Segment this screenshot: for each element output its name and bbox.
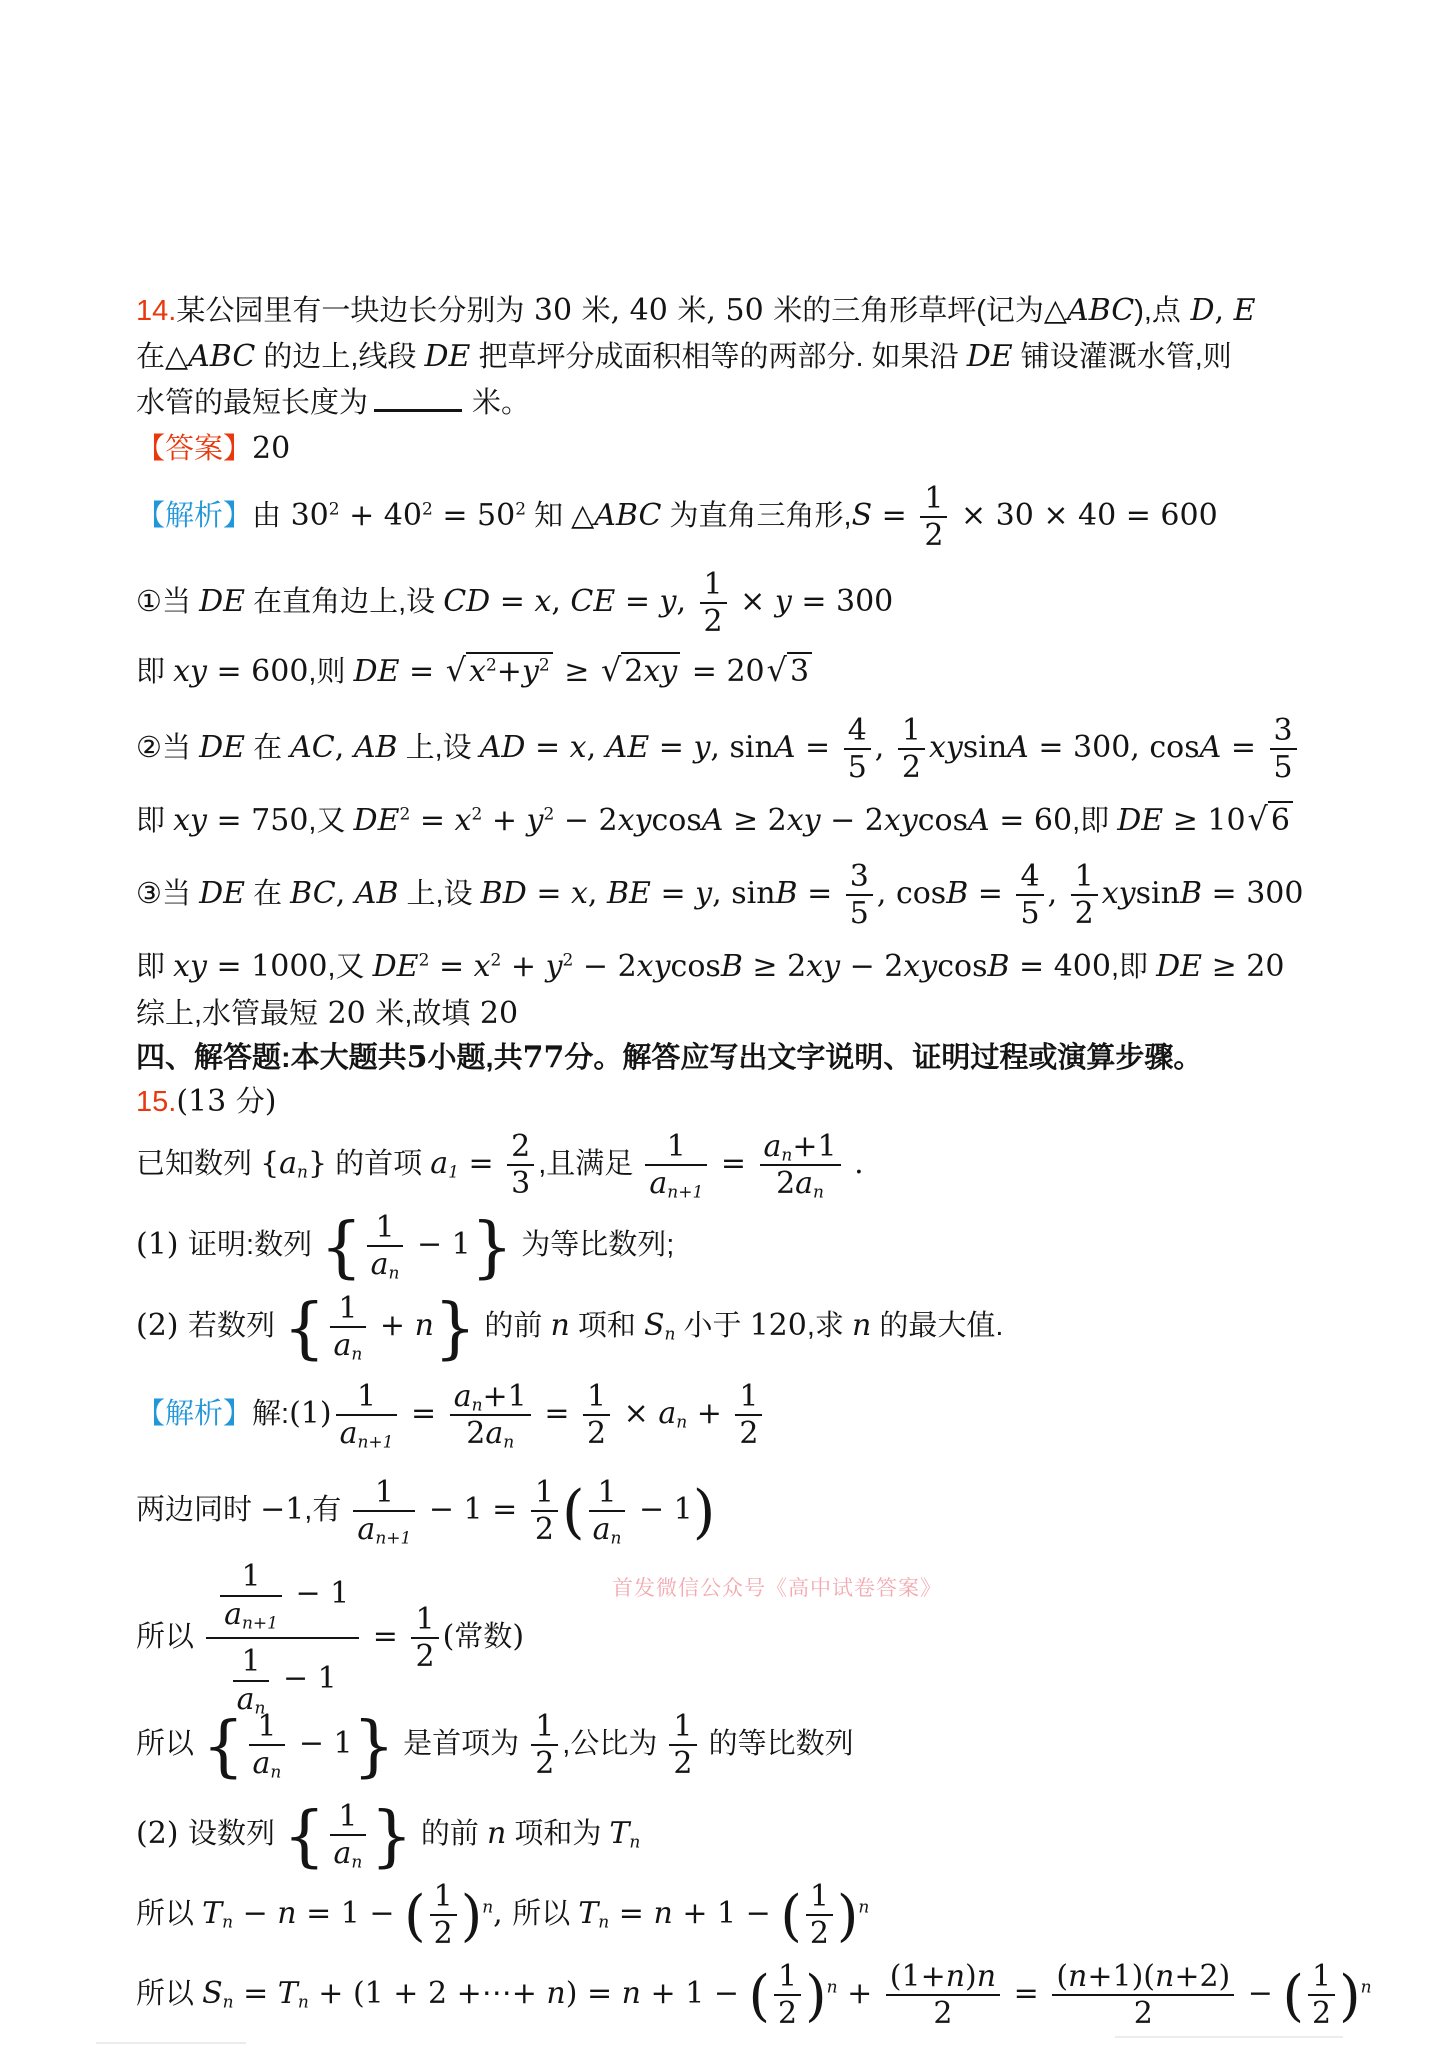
- math-roman: 1: [415, 1602, 434, 1637]
- fraction-numerator: an+1: [450, 1380, 531, 1417]
- math-roman: +1: [483, 1379, 527, 1414]
- math-big-delimiter: {: [283, 1288, 325, 1366]
- radicand: 6: [1268, 801, 1293, 839]
- math-variable: n: [946, 1959, 965, 1994]
- math-variable: S: [852, 498, 873, 533]
- math-superscript: 2: [486, 655, 497, 675]
- math-roman: +: [497, 654, 522, 689]
- math-variable: A: [774, 730, 796, 765]
- cjk-text: 的前: [476, 1310, 550, 1342]
- fraction-denominator: an: [249, 1746, 286, 1781]
- math-fraction: 12: [583, 1380, 610, 1451]
- math-variable: y: [695, 876, 712, 911]
- cjk-text: 即: [136, 656, 173, 688]
- math-superscript: 2: [419, 950, 430, 970]
- math-fraction: 12: [1071, 860, 1098, 931]
- math-variable: a: [658, 1396, 676, 1431]
- fraction-denominator: 2: [531, 1512, 558, 1547]
- math-variable: T: [609, 1816, 629, 1851]
- cjk-text: 常数: [454, 1621, 512, 1653]
- cjk-text: ,有: [304, 1494, 349, 1526]
- math-variable: x: [455, 803, 472, 838]
- math-variable: xy: [884, 803, 918, 838]
- math-variable: x: [474, 949, 491, 984]
- fraction-numerator: 1: [336, 1380, 398, 1417]
- math-roman: 1: [375, 1475, 394, 1510]
- math-roman: =: [527, 876, 571, 911]
- math-roman-bold: 77: [523, 1040, 565, 1075]
- cjk-text: ,求: [807, 1310, 852, 1342]
- math-fraction: (1+n)n2: [886, 1960, 1000, 2031]
- cjk-text: 在直角边上,设: [245, 586, 443, 618]
- cjk-text: 设数列: [188, 1818, 283, 1850]
- math-variable: a: [357, 1512, 375, 1547]
- fraction-numerator: 1: [735, 1380, 762, 1417]
- math-roman: ,: [493, 1896, 512, 1931]
- math-variable: CE: [570, 584, 615, 619]
- math-roman: ≥: [555, 654, 599, 689]
- math-roman: 2: [415, 1639, 434, 1674]
- math-subscript: n: [222, 1912, 233, 1932]
- math-roman: = 300: [1202, 876, 1303, 911]
- math-fraction: 1an: [589, 1476, 626, 1547]
- math-fraction: an+12an: [760, 1130, 841, 1201]
- fraction-numerator: 1: [531, 1710, 558, 1747]
- math-variable: a: [430, 1146, 448, 1181]
- fraction-denominator: an: [330, 1328, 367, 1363]
- math-roman: △: [571, 498, 594, 533]
- math-roman: +1: [792, 1129, 836, 1164]
- fraction-numerator: 1: [330, 1800, 367, 1837]
- cjk-text: 米: [773, 295, 802, 327]
- document-page: 14.某公园里有一块边长分别为 30 米, 40 米, 50 米的三角形草坪(记…: [0, 0, 1448, 2048]
- math-big-delimiter: {: [202, 1706, 244, 1784]
- math-variable: DE: [373, 949, 419, 984]
- math-roman: 20: [470, 996, 518, 1031]
- math-variable: T: [202, 1896, 222, 1931]
- math-variable: a: [795, 1166, 813, 1201]
- math-superscript: 2: [563, 950, 574, 970]
- math-roman: 1: [535, 1475, 554, 1510]
- math-roman: − 2: [840, 949, 903, 984]
- math-roman: = 1000: [207, 949, 328, 984]
- fraction-denominator: 2: [886, 1996, 1000, 2031]
- math-roman: − 2: [573, 949, 636, 984]
- math-big-delimiter: {: [320, 1207, 362, 1285]
- math-roman: = 60: [990, 803, 1072, 838]
- math-roman: ,: [587, 730, 606, 765]
- math-roman: =: [410, 803, 454, 838]
- cjk-text: 米,故填: [375, 998, 470, 1030]
- math-fraction: (n+1)(n+2)2: [1052, 1960, 1234, 2031]
- math-variable: n: [487, 1816, 506, 1851]
- math-roman: 30: [281, 498, 329, 533]
- math-roman: 30: [524, 293, 581, 328]
- q15-number: 15.(13 分): [136, 1080, 1346, 1124]
- math-roman: − 1: [273, 1661, 336, 1696]
- math-variable: ABC: [188, 339, 255, 374]
- math-roman: ,: [336, 876, 355, 911]
- math-fraction: 12: [1308, 1960, 1335, 2031]
- math-big-delimiter: }: [471, 1207, 513, 1285]
- math-subscript: n: [629, 1832, 640, 1852]
- cjk-text: 上,设: [398, 732, 480, 764]
- math-roman: ×: [731, 584, 775, 619]
- math-variable: xy: [173, 949, 207, 984]
- math-roman: =: [234, 1976, 278, 2011]
- fraction-denominator: 2an: [450, 1416, 531, 1451]
- fraction-numerator: 1: [330, 1292, 367, 1329]
- radical-sign: √: [1248, 800, 1268, 838]
- math-roman: (: [1056, 1959, 1068, 1994]
- cjk-text: 铺设灌溉水管,则: [1013, 341, 1232, 373]
- math-variable: a: [593, 1512, 611, 1547]
- math-roman: −1: [260, 1492, 304, 1527]
- cjk-text: 米: [582, 295, 611, 327]
- math-roman: 1: [241, 1644, 260, 1679]
- math-variable: B: [776, 876, 798, 911]
- math-big-delimiter: (: [404, 1883, 426, 1947]
- fraction-denominator: 2: [1052, 1996, 1234, 2031]
- math-variable: n: [1068, 1959, 1087, 1994]
- fraction-numerator: 1: [669, 1710, 696, 1747]
- q14-case1-line1: ①当 DE 在直角边上,设 CD = x, CE = y, 12 × y = 3…: [136, 560, 1346, 644]
- math-roman: =: [400, 654, 444, 689]
- math-fraction: 35: [1270, 714, 1297, 785]
- math-roman: =: [798, 876, 842, 911]
- math-variable: y: [522, 654, 539, 689]
- fraction-denominator: an: [330, 1836, 367, 1871]
- math-variable: DE: [354, 803, 400, 838]
- math-fraction: 45: [1016, 860, 1043, 931]
- q14-conclusion: 综上,水管最短 20 米,故填 20: [136, 992, 1346, 1036]
- math-roman: 5: [1020, 896, 1039, 931]
- math-big-delimiter: }: [353, 1706, 395, 1784]
- q15-analysis-line5: (2) 设数列 {1an} 的前 n 项和为 Tn: [136, 1790, 1346, 1878]
- answer-blank: [374, 409, 462, 412]
- math-subscript: n: [270, 1763, 281, 1783]
- math-roman: 2: [535, 1512, 554, 1547]
- q14-answer: 【答案】20: [136, 426, 1346, 472]
- math-roman: 4: [1020, 859, 1039, 894]
- math-variable: E: [1234, 293, 1256, 328]
- fraction-denominator: 2: [1308, 1996, 1335, 2031]
- q14-case2-line2: 即 xy = 750,又 DE2 = x2 + y2 − 2xycosA ≥ 2…: [136, 796, 1346, 846]
- math-roman: ×: [614, 1396, 658, 1431]
- math-variable: AE: [606, 730, 650, 765]
- math-roman: 2: [624, 654, 643, 689]
- fraction-numerator: 1: [589, 1476, 626, 1513]
- math-roman: , sin: [710, 730, 773, 765]
- math-roman: 2: [434, 1916, 453, 1951]
- fraction-denominator: an+1: [645, 1166, 707, 1201]
- math-roman: {: [260, 1146, 279, 1181]
- q14-stem-line3: 水管的最短长度为米。: [136, 380, 1346, 426]
- math-roman: +: [370, 1308, 414, 1343]
- math-variable: x: [571, 876, 588, 911]
- math-variable: n: [653, 1896, 672, 1931]
- math-roman: 20: [318, 996, 375, 1031]
- math-fraction: 12: [531, 1710, 558, 1781]
- fraction-denominator: 2: [920, 518, 947, 553]
- radicand: 3: [787, 652, 812, 690]
- math-superscript: 2: [491, 950, 502, 970]
- math-roman: 1: [704, 567, 723, 602]
- cjk-text: ,且满足: [538, 1148, 641, 1180]
- cjk-text: 项和为: [506, 1818, 609, 1850]
- cjk-text: 所以: [136, 1728, 202, 1760]
- math-roman: − 1: [407, 1227, 470, 1262]
- red-label: 【答案】: [136, 433, 252, 465]
- math-variable: BC: [290, 876, 336, 911]
- fraction-denominator: 2: [806, 1916, 833, 1951]
- math-roman: =: [401, 1396, 445, 1431]
- q14-analysis-line1: 【解析】由 302 + 402 = 502 知 △ABC 为直角三角形,S = …: [136, 472, 1346, 560]
- math-variable: CD: [443, 584, 490, 619]
- math-roman: 1: [597, 1475, 616, 1510]
- bottom-divider-left: [96, 2042, 246, 2044]
- fraction-denominator: 2an: [760, 1166, 841, 1201]
- math-roman: ,: [335, 730, 354, 765]
- math-roman: △: [165, 339, 188, 374]
- math-variable: xy: [903, 949, 937, 984]
- fraction-numerator: 1: [411, 1603, 438, 1640]
- cjk-text: 米。: [472, 387, 530, 419]
- fraction-denominator: 2: [1071, 896, 1098, 931]
- math-roman: ,: [588, 876, 607, 911]
- cjk-text: 水管的最短长度为: [136, 387, 368, 419]
- math-variable: AC: [290, 730, 335, 765]
- math-fraction: an+12an: [450, 1380, 531, 1451]
- cjk-text: 解:: [252, 1398, 289, 1430]
- math-variable: a: [334, 1836, 352, 1871]
- fraction-numerator: 1: [898, 714, 925, 751]
- cjk-text: 在: [136, 341, 165, 373]
- math-roman: 2: [1312, 1996, 1331, 2031]
- math-roman: 5: [848, 750, 867, 785]
- math-big-delimiter: }: [370, 1796, 412, 1874]
- q15-stem: 已知数列 {an} 的首项 a1 = 23,且满足 1an+1 = an+12a…: [136, 1124, 1346, 1204]
- math-variable: xy: [618, 803, 652, 838]
- cjk-text: 为直角三角形,: [661, 500, 851, 532]
- math-variable: B: [721, 949, 743, 984]
- math-variable: AB: [354, 730, 398, 765]
- cjk-text: 的等比数列: [701, 1728, 854, 1760]
- math-variable: ABC: [594, 498, 661, 533]
- cjk-text: 把草坪分成面积相等的两部分. 如果沿: [470, 341, 966, 373]
- fraction-numerator: 1: [774, 1960, 801, 1997]
- math-fraction: 12: [920, 482, 947, 553]
- math-roman: 1: [257, 1709, 276, 1744]
- cjk-text: 的首项: [327, 1148, 430, 1180]
- math-roman: =: [609, 1896, 653, 1931]
- math-roman: ≥ 10: [1163, 803, 1245, 838]
- math-variable: S: [202, 1976, 223, 2011]
- math-roman: =: [1004, 1976, 1048, 2011]
- math-superscript: 2: [471, 804, 482, 824]
- math-big-delimiter: (: [562, 1477, 585, 1545]
- math-variable: xy: [637, 949, 671, 984]
- radicand: 2xy: [621, 652, 680, 690]
- math-roman: 1: [1075, 859, 1094, 894]
- fraction-denominator: an: [367, 1247, 404, 1282]
- math-roman: 5: [1274, 750, 1293, 785]
- math-roman: 2: [739, 1416, 758, 1451]
- math-subscript: n+1: [375, 1529, 411, 1549]
- cjk-text: 的最大值.: [871, 1310, 1003, 1342]
- math-roman: 3: [511, 1166, 530, 1201]
- math-variable: B: [987, 949, 1009, 984]
- math-roman: 1: [338, 1799, 357, 1834]
- math-roman: =: [615, 584, 659, 619]
- math-big-delimiter: (: [780, 1883, 802, 1947]
- math-roman: 1: [673, 1709, 692, 1744]
- math-roman: 2: [933, 1996, 952, 2031]
- cjk-text: 所以: [136, 1621, 202, 1653]
- math-roman: cos: [651, 803, 701, 838]
- cjk-text: ,则: [308, 656, 353, 688]
- math-roman: (13: [176, 1084, 235, 1119]
- math-fraction: 1an: [330, 1292, 367, 1363]
- fraction-numerator: 3: [1270, 714, 1297, 751]
- q14-case1-line2: 即 xy = 600,则 DE = √x2+y2 ≥ √2xy = 20√3: [136, 644, 1346, 700]
- math-roman: 3: [790, 654, 809, 689]
- cjk-text: 某公园里有一块边长分别为: [176, 295, 524, 327]
- analysis-label: 【解析】: [136, 1398, 252, 1430]
- cjk-text: 分: [236, 1086, 265, 1118]
- math-roman: +1)(: [1087, 1959, 1155, 1994]
- math-superscript: 2: [329, 499, 340, 519]
- math-roman: =: [490, 584, 534, 619]
- math-roman: + 1 −: [641, 1976, 749, 2011]
- math-roman: 1: [357, 1379, 376, 1414]
- math-roman: ,: [875, 730, 894, 765]
- cjk-text: 证明:数列: [188, 1229, 320, 1261]
- fraction-denominator: an: [589, 1512, 626, 1547]
- cjk-text: 知: [526, 500, 571, 532]
- math-variable: a: [340, 1416, 358, 1451]
- math-subscript: n: [610, 1529, 621, 1549]
- cjk-text: 在: [245, 878, 290, 910]
- math-sqrt: √x2+y2: [446, 651, 553, 690]
- math-big-delimiter: ): [837, 1883, 859, 1947]
- math-subscript: n+1: [242, 1613, 278, 1633]
- fraction-numerator: 2: [507, 1130, 534, 1167]
- math-roman: ,: [1215, 293, 1234, 328]
- math-variable: T: [278, 1976, 298, 2011]
- math-roman: 2: [1075, 896, 1094, 931]
- math-roman: 1: [739, 1379, 758, 1414]
- fraction-denominator: 5: [846, 896, 873, 931]
- fraction-numerator: 1: [531, 1476, 558, 1513]
- math-roman: + 1 −: [673, 1896, 781, 1931]
- solution-content: 14.某公园里有一块边长分别为 30 米, 40 米, 50 米的三角形草坪(记…: [136, 288, 1346, 2038]
- math-fraction: 12: [430, 1880, 457, 1951]
- math-roman: , 50: [706, 293, 773, 328]
- math-variable: n: [415, 1308, 434, 1343]
- math-roman: 2: [704, 604, 723, 639]
- math-variable: n: [550, 1308, 569, 1343]
- math-roman: = 1 −: [297, 1896, 405, 1931]
- math-variable: B: [946, 876, 968, 911]
- math-roman: 2: [902, 750, 921, 785]
- math-roman: .: [845, 1146, 864, 1181]
- math-superscript: 2: [543, 804, 554, 824]
- math-fraction: 1an: [330, 1800, 367, 1871]
- fraction-numerator: 1: [1308, 1960, 1335, 1997]
- math-fraction: 12: [531, 1476, 558, 1547]
- math-variable: a: [253, 1746, 271, 1781]
- math-subscript: n: [813, 1183, 824, 1203]
- cjk-text: ,又: [328, 951, 373, 983]
- math-variable: DE: [425, 339, 471, 374]
- math-roman: = 400: [1010, 949, 1111, 984]
- math-roman: = 600: [207, 654, 308, 689]
- math-variable: y: [527, 803, 544, 838]
- math-roman: sin: [1136, 876, 1180, 911]
- math-roman: ): [265, 1084, 277, 1119]
- fraction-numerator: 1an+1 − 1: [206, 1558, 359, 1639]
- math-roman: 2: [466, 1416, 485, 1451]
- math-big-delimiter: ): [693, 1477, 716, 1545]
- math-roman: 5: [850, 896, 869, 931]
- math-roman: 20: [252, 431, 290, 466]
- math-roman: , sin: [712, 876, 775, 911]
- radical-sign: √: [767, 651, 787, 689]
- math-variable: n: [852, 1308, 871, 1343]
- math-fraction: 1an+1: [353, 1476, 415, 1547]
- math-roman: =: [795, 730, 839, 765]
- fraction-denominator: 2: [774, 1996, 801, 2031]
- math-roman: 2: [511, 1129, 530, 1164]
- fraction-numerator: 1: [249, 1710, 286, 1747]
- math-roman: cos: [918, 803, 968, 838]
- math-roman: +: [482, 803, 526, 838]
- math-variable: x: [534, 584, 551, 619]
- q14-stem-line1: 14.某公园里有一块边长分别为 30 米, 40 米, 50 米的三角形草坪(记…: [136, 288, 1346, 334]
- math-roman: 2: [810, 1916, 829, 1951]
- fraction-denominator: an+1: [353, 1512, 415, 1547]
- math-variable: xy: [1102, 876, 1136, 911]
- math-roman: 2: [1134, 1996, 1153, 2031]
- math-variable: n: [546, 1976, 565, 2011]
- math-fraction: 1an+1 − 11an − 1: [206, 1558, 359, 1718]
- math-roman: (1+: [890, 1959, 946, 1994]
- fraction-numerator: 1: [353, 1476, 415, 1513]
- math-roman: 1: [434, 1879, 453, 1914]
- math-roman: − 1 =: [419, 1492, 527, 1527]
- cjk-text: 的边上,线段: [255, 341, 424, 373]
- math-variable: y: [693, 730, 710, 765]
- cjk-text: ,公比为: [562, 1728, 665, 1760]
- math-roman: ≥ 2: [743, 949, 806, 984]
- cjk-text: ②当: [136, 732, 199, 764]
- math-roman: 1: [667, 1129, 686, 1164]
- radical-sign: √: [446, 651, 466, 689]
- q14-case2-line1: ②当 DE 在 AC, AB 上,设 AD = x, AE = y, sinA …: [136, 700, 1346, 796]
- math-subscript: n: [388, 1264, 399, 1284]
- math-fraction: 1an+1: [645, 1130, 707, 1201]
- math-roman: =: [363, 1619, 407, 1654]
- math-roman: ): [512, 1619, 524, 1654]
- math-variable: a: [371, 1247, 389, 1282]
- math-roman: 2: [778, 1996, 797, 2031]
- math-variable: x: [469, 654, 486, 689]
- math-roman: +: [501, 949, 545, 984]
- math-variable: ABC: [1067, 293, 1134, 328]
- fraction-denominator: 2: [898, 750, 925, 785]
- math-roman: =: [429, 949, 473, 984]
